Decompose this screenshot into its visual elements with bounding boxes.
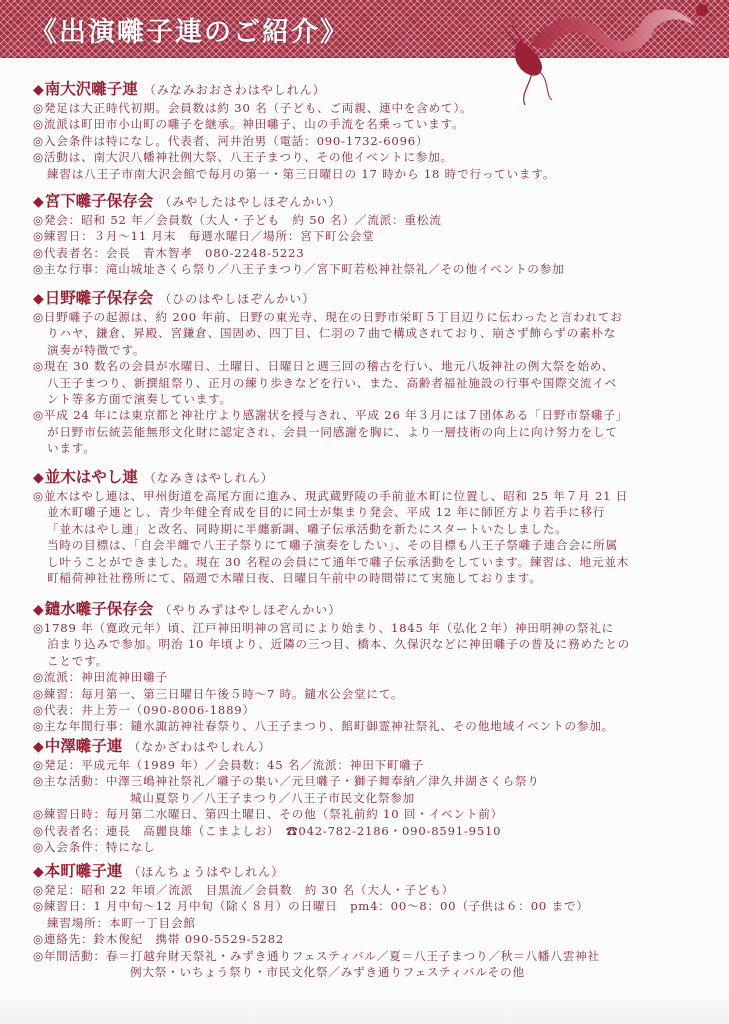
info-line: ◎並木はやし連は、甲州街道を高尾方面に進み、現武蔵野陵の手前並木町に位置し、昭和… [33, 488, 723, 504]
info-line: ◎連絡先：鈴木俊紀 携帯 090-5529-5282 [33, 931, 723, 947]
group-name: 並木はやし連 [45, 467, 138, 486]
page-title: 《出演囃子連のご紹介》 [30, 10, 349, 49]
info-line: ◎代表者名：連長 高麗良雄（こまよしお） ☎042-782-2186・090-8… [33, 823, 723, 839]
info-line: ◎発会：昭和 52 年／会員数（大人・子ども 約 50 名）／流派：重松流 [33, 212, 723, 228]
group-name: 中澤囃子連 [45, 736, 123, 755]
group-heading: ◆日野囃子保存会（ひのはやしほぞんかい） [33, 287, 723, 309]
diamond-bullet-icon: ◆ [33, 602, 44, 618]
info-line: ◎入会条件は特になし。代表者、河井治男（電話：090-1732-6096） [33, 133, 723, 149]
info-line: 八王子まつり、新撰組祭り、正月の練り歩きなどを行い、また、高齢者福祉施設の行事や… [33, 375, 723, 391]
group-reading: （やりみずはやしほぞんかい） [159, 603, 341, 617]
info-line: ことです。 [33, 653, 723, 669]
group-heading: ◆中澤囃子連（なかざわはやしれん） [33, 735, 723, 757]
group-reading: （なかざわはやしれん） [128, 740, 271, 754]
diamond-bullet-icon: ◆ [33, 194, 44, 210]
diamond-bullet-icon: ◆ [33, 470, 44, 486]
info-line: ◎流派：神田流神田囃子 [33, 669, 723, 685]
info-line: ◎代表者名：会長 青木智孝 080-2248-5223 [33, 245, 723, 261]
group-namiki: ◆並木はやし連（なみきはやしれん） ◎並木はやし連は、甲州街道を高尾方面に進み、… [33, 466, 723, 586]
info-line: ◎年間活動：春＝打越弁財天祭礼・みずき通りフェスティバル／夏＝八王子まつり／秋＝… [33, 948, 723, 964]
diamond-bullet-icon: ◆ [33, 739, 44, 755]
info-line: ◎代表：井上芳一（090-8006-1889） [33, 702, 723, 718]
group-reading: （みなみおおさわはやしれん） [144, 83, 326, 97]
group-heading: ◆南大沢囃子連（みなみおおさわはやしれん） [33, 78, 723, 100]
info-line: ◎練習日：1 月中旬～12 月中旬（除く８月）の日曜日 pm4：00～8：00（… [33, 898, 723, 914]
info-line: ◎発足：昭和 22 年頃／流派 目黒流／会員数 約 30 名（大人・子ども） [33, 882, 723, 898]
info-line: ◎流派は町田市小山町の囃子を継承。神田囃子、山の手流を名乗っています。 [33, 116, 723, 132]
group-heading: ◆宮下囃子保存会（みやしたはやしほぞんかい） [33, 190, 723, 212]
group-honcho: ◆本町囃子連（ほんちょうはやしれん） ◎発足：昭和 22 年頃／流派 目黒流／会… [33, 860, 723, 980]
info-line: ◎主な活動：中澤三嶋神社祭礼／囃子の集い／元旦囃子・獅子舞奉納／津久井湖さくら祭… [33, 773, 723, 789]
group-name: 日野囃子保存会 [45, 288, 154, 307]
info-line: りハヤ、鎌倉、昇殿、宮鎌倉、国固め、四丁目、仁羽の７曲で構成されており、崩さず飾… [33, 325, 723, 341]
info-line: 練習は八王子市南大沢会館で毎月の第一・第三日曜日の 17 時から 18 時で行っ… [33, 166, 723, 182]
info-line: ◎1789 年（寛政元年）頃、江戸神田明神の宮司により始まり、1845 年（弘化… [33, 620, 723, 636]
info-line: 町稲荷神社社務所にて、隔週で木曜日夜、日曜日午前中の時間帯にて実施しております。 [33, 570, 723, 586]
group-reading: （ひのはやしほぞんかい） [159, 292, 315, 306]
info-line: 並木町囃子連とし、青少年健全育成を目的に同士が集まり発会、平成 12 年に師匠方… [33, 504, 723, 520]
diamond-bullet-icon: ◆ [33, 82, 44, 98]
group-name: 宮下囃子保存会 [45, 191, 154, 210]
info-line: ◎日野囃子の起源は、約 200 年前、日野の東光寺、現在の日野市栄町５丁目辺りに… [33, 309, 723, 325]
info-line: います。 [33, 440, 723, 456]
info-line: 例大祭・いちょう祭り・市民文化祭／みずき通りフェスティバルその他 [33, 964, 723, 980]
group-hino: ◆日野囃子保存会（ひのはやしほぞんかい） ◎日野囃子の起源は、約 200 年前、… [33, 287, 723, 457]
group-heading: ◆鑓水囃子保存会（やりみずはやしほぞんかい） [33, 598, 723, 620]
group-heading: ◆本町囃子連（ほんちょうはやしれん） [33, 860, 723, 882]
group-name: 本町囃子連 [45, 861, 123, 880]
info-line: ◎練習：毎月第一、第三日曜日午後５時～7 時。鑓水公会堂にて。 [33, 686, 723, 702]
info-line: ◎現在 30 数名の会員が水曜日、土曜日、日曜日と週三回の稽古を行い、地元八坂神… [33, 358, 723, 374]
group-name: 南大沢囃子連 [45, 79, 138, 98]
diamond-bullet-icon: ◆ [33, 291, 44, 307]
info-line: ◎主な年間行事：鑓水諏訪神社春祭り、八王子まつり、館町御霊神社祭礼、その他地域イ… [33, 718, 723, 734]
info-line: が日野市伝統芸能無形文化財に認定され、会員一同感謝を胸に、より一層技術の向上に向… [33, 424, 723, 440]
info-line: ◎入会条件：特になし [33, 839, 723, 855]
info-line: ◎練習日時：毎月第二水曜日、第四土曜日、その他（祭礼前約 10 回・イベント前） [33, 806, 723, 822]
info-line: ◎発足は大正時代初期。会員数は約 30 名（子ども、ご両親、連中を含めて）。 [33, 100, 723, 116]
group-reading: （ほんちょうはやしれん） [128, 865, 284, 879]
group-heading: ◆並木はやし連（なみきはやしれん） [33, 466, 723, 488]
info-line: し叶うことができました。現在 30 名程の会員にて通年で囃子伝承活動をしています… [33, 554, 723, 570]
info-line: ◎平成 24 年には東京都と神社庁より感謝状を授与され、平成 26 年３月には７… [33, 407, 723, 423]
diamond-bullet-icon: ◆ [33, 864, 44, 880]
info-line: 練習場所：本町一丁目会館 [33, 915, 723, 931]
info-line: 城山夏祭り／八王子まつり／八王子市民文化祭参加 [33, 790, 723, 806]
group-minamiosawa: ◆南大沢囃子連（みなみおおさわはやしれん） ◎発足は大正時代初期。会員数は約 3… [33, 78, 723, 182]
info-line: ◎主な行事：滝山城址さくら祭り／八王子まつり／宮下町若松神社祭礼／その他イベント… [33, 261, 723, 277]
info-line: 演奏が特徴です。 [33, 342, 723, 358]
group-reading: （なみきはやしれん） [144, 471, 274, 485]
info-line: 「並木はやし連」と改名、同時期に半纏新調、囃子伝承活動を新たにスタートいたしまし… [33, 521, 723, 537]
group-yarimizu: ◆鑓水囃子保存会（やりみずはやしほぞんかい） ◎1789 年（寛政元年）頃、江戸… [33, 598, 723, 735]
page-bottom-edge [0, 985, 729, 1024]
info-line: ◎活動は、南大沢八幡神社例大祭、八王子まつり、その他イベントに参加。 [33, 149, 723, 165]
group-nakazawa: ◆中澤囃子連（なかざわはやしれん） ◎発足：平成元年（1989 年）／会員数：4… [33, 735, 723, 855]
info-line: ◎発足：平成元年（1989 年）／会員数：45 名／流派：神田下町囃子 [33, 757, 723, 773]
info-line: ント等多方面で演奏しています。 [33, 391, 723, 407]
info-line: 当時の目標は、「自会半纏で八王子祭りにて囃子演奏をしたい」、その目標も八王子祭囃… [33, 537, 723, 553]
group-name: 鑓水囃子保存会 [45, 599, 154, 618]
info-line: ◎練習日：３月～11 月末 毎週水曜日／場所：宮下町公会堂 [33, 228, 723, 244]
group-reading: （みやしたはやしほぞんかい） [159, 195, 341, 209]
group-miyashita: ◆宮下囃子保存会（みやしたはやしほぞんかい） ◎発会：昭和 52 年／会員数（大… [33, 190, 723, 278]
info-line: 泊まり込みで参加。明治 10 年頃より、近隣の三つ目、橋本、久保沢などに神田囃子… [33, 636, 723, 652]
